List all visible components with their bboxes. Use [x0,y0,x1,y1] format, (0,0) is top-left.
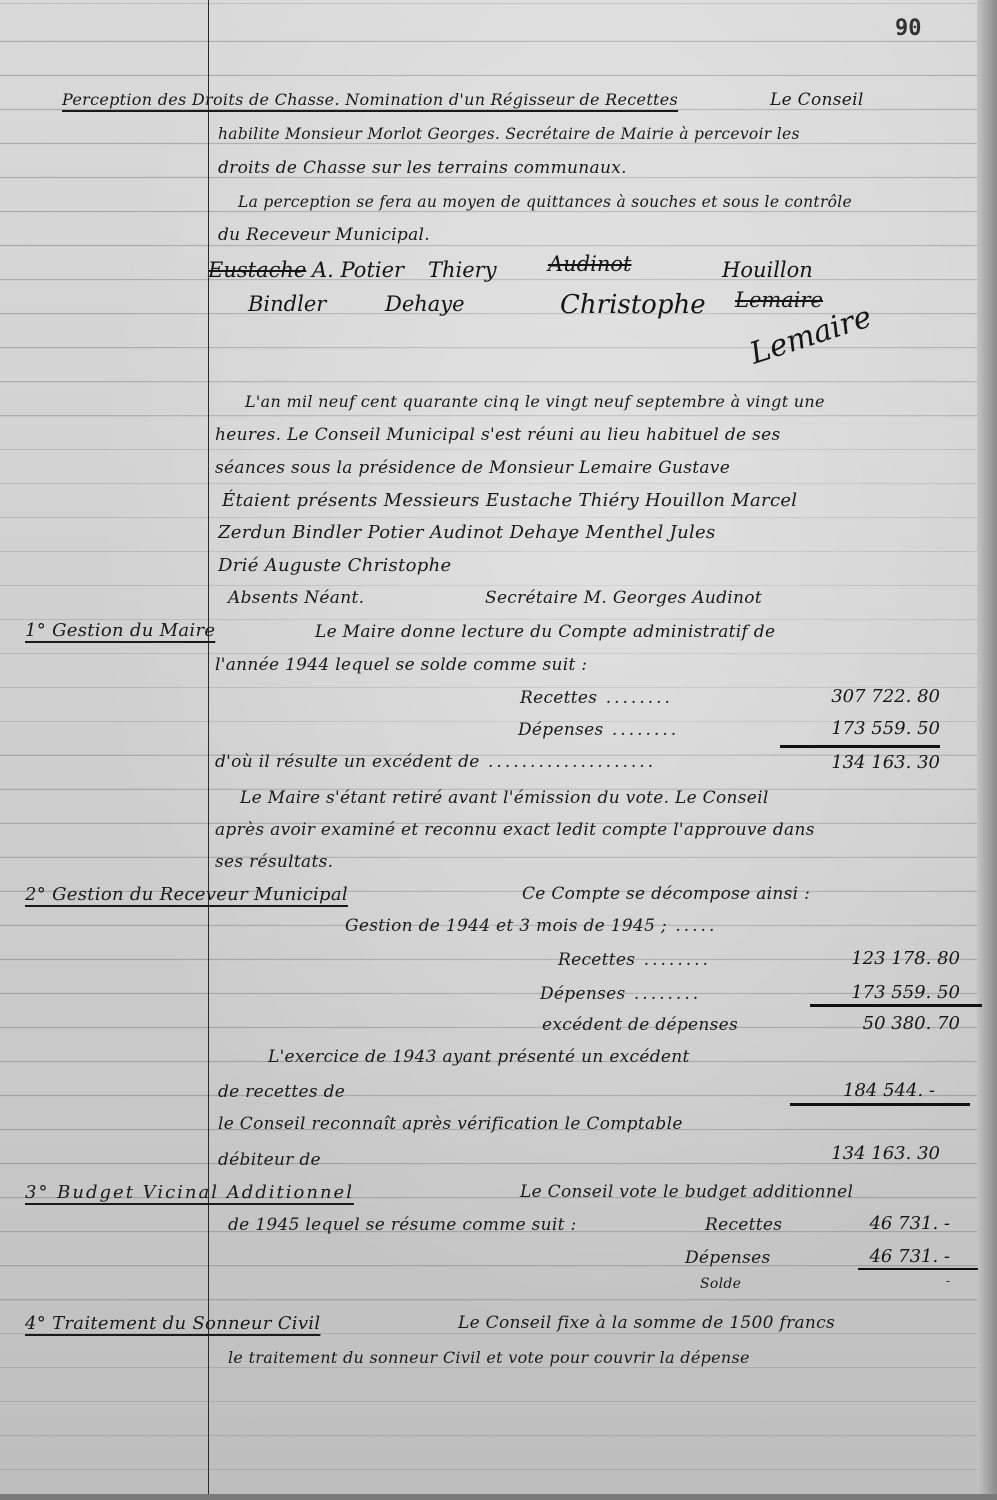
item2-line: débiteur de [218,1150,321,1170]
register-page: 90 Perception des Droits de Chasse. Nomi… [0,0,997,1500]
item2-recettes-label: Recettes ........ [558,950,711,970]
signature: Christophe [560,290,706,320]
item4-heading: 4° Traitement du Sonneur Civil [25,1313,320,1334]
item1-line: Le Maire donne lecture du Compte adminis… [315,622,775,642]
item2-deficit-label: excédent de dépenses [542,1015,738,1035]
session-line: Drié Auguste Christophe [218,555,451,576]
item2-line: le Conseil reconnaît après vérification … [218,1114,683,1134]
perception-line: habilite Monsieur Morlot Georges. Secrét… [218,125,800,143]
signature: Houillon [722,258,813,282]
page-bottom-edge [0,1494,997,1500]
item1-closing: Le Maire s'étant retiré avant l'émission… [240,788,769,808]
item3-recettes-label: Recettes [705,1215,782,1235]
item4-line: le traitement du sonneur Civil et vote p… [228,1348,750,1367]
item2-heading: 2° Gestion du Receveur Municipal [25,884,348,905]
item1-line: l'année 1944 lequel se solde comme suit … [215,655,587,675]
item2-excedent-1943-value: 184 544. - [785,1080,935,1101]
signature: A. Potier [312,258,404,282]
session-line: séances sous la présidence de Monsieur L… [215,458,730,478]
item1-recettes-value: 307 722. 80 [790,686,940,707]
perception-line: droits de Chasse sur les terrains commun… [218,158,627,178]
item3-depenses-label: Dépenses [685,1248,771,1268]
item3-depenses-value: 46 731. - [800,1246,950,1267]
item3-line: Le Conseil vote le budget additionnel [520,1182,853,1202]
session-secretary: Secrétaire M. Georges Audinot [485,588,762,608]
item1-depenses-value: 173 559. 50 [790,718,940,739]
item2-line: L'exercice de 1943 ayant présenté un exc… [268,1047,690,1067]
session-line: Absents Néant. [228,588,364,608]
perception-line: La perception se fera au moyen de quitta… [238,193,852,211]
item2-line: de recettes de [218,1082,345,1102]
item1-closing: après avoir examiné et reconnu exact led… [215,820,815,840]
item2-debiteur-value: 134 163. 30 [790,1143,940,1164]
item2-depenses-value: 173 559. 50 [810,982,960,1003]
item2-recettes-value: 123 178. 80 [810,948,960,969]
sum-rule [790,1103,970,1106]
item2-depenses-label: Dépenses ........ [540,984,701,1004]
session-line: Étaient présents Messieurs Eustache Thié… [222,490,797,511]
item2-intro: Ce Compte se décompose ainsi : [522,884,810,904]
item2-deficit-value: 50 380. 70 [810,1013,960,1034]
sum-rule [810,1004,982,1007]
margin-rule [208,0,209,1500]
item3-solde-value: - [800,1274,950,1288]
item1-excedent-label: d'où il résulte un excédent de .........… [215,752,656,772]
section-heading-perception: Perception des Droits de Chasse. Nominat… [62,90,678,109]
sum-rule [858,1268,978,1270]
signature: Eustache [208,258,306,282]
item1-depenses-label: Dépenses ........ [518,720,679,740]
item3-heading: 3° Budget Vicinal Additionnel [25,1182,354,1203]
item1-recettes-label: Recettes ........ [520,688,673,708]
item1-closing: ses résultats. [215,852,333,872]
page-number: 90 [895,16,922,41]
session-line: Zerdun Bindler Potier Audinot Dehaye Men… [218,522,716,543]
perception-line: Le Conseil [770,90,864,110]
perception-line: du Receveur Municipal. [218,225,430,245]
item3-line: de 1945 lequel se résume comme suit : [228,1215,577,1235]
signature: Dehaye [385,292,465,316]
signature: Lemaire [735,288,823,312]
signature: Audinot [548,252,631,276]
signature: Thiery [428,258,497,282]
item3-recettes-value: 46 731. - [800,1213,950,1234]
page-edge [977,0,997,1500]
session-line: L'an mil neuf cent quarante cinq le ving… [245,392,825,411]
item2-period: Gestion de 1944 et 3 mois de 1945 ; ....… [345,916,717,936]
sum-rule [780,745,940,748]
item3-solde-label: Solde [700,1276,741,1292]
item1-heading: 1° Gestion du Maire [25,620,215,641]
item1-excedent-value: 134 163. 30 [790,752,940,773]
session-line: heures. Le Conseil Municipal s'est réuni… [215,425,781,445]
item4-line: Le Conseil fixe à la somme de 1500 franc… [458,1313,835,1333]
signature: Bindler [248,292,326,316]
